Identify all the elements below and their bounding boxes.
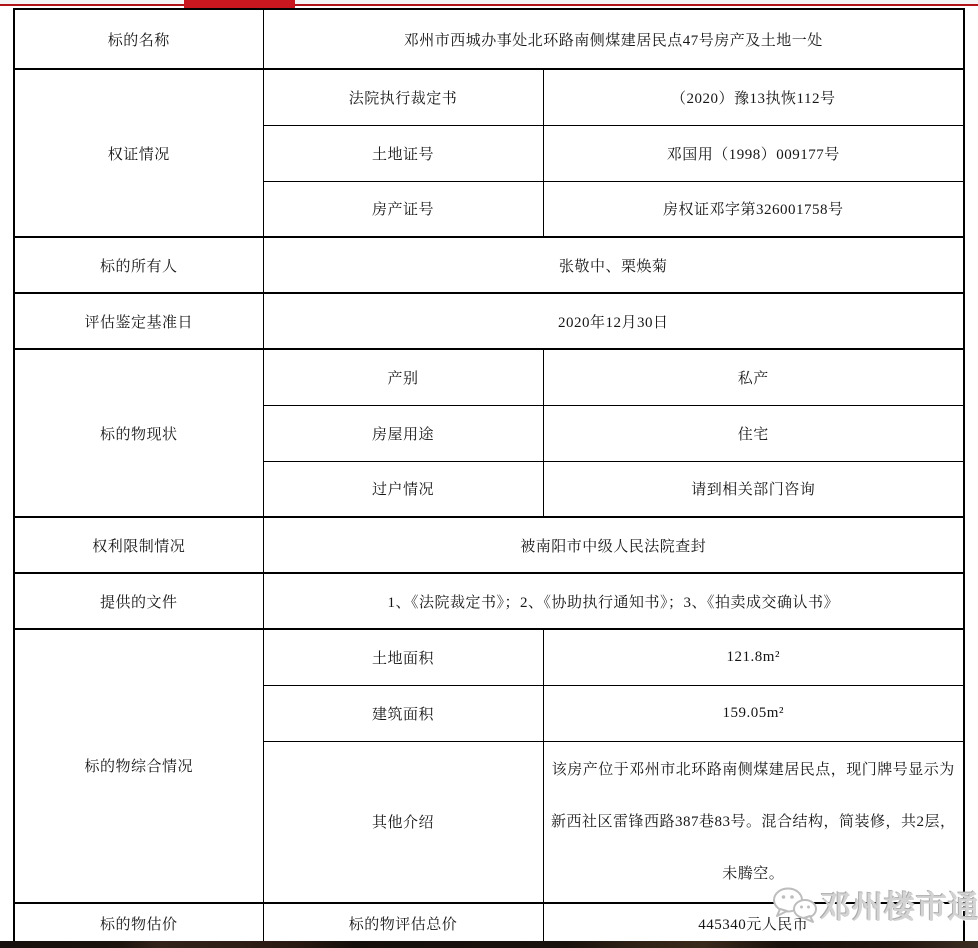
- field-label-certificates: 权证情况: [14, 69, 263, 237]
- field-value-valuation-total: 445340元人民币: [543, 903, 964, 944]
- bottom-bar: [0, 941, 978, 948]
- table-row-name: 标的名称 邓州市西城办事处北环路南侧煤建居民点47号房产及土地一处: [14, 9, 964, 69]
- field-label-other-intro: 其他介绍: [263, 741, 543, 903]
- red-accent-line: [0, 4, 978, 6]
- table-row-owner: 标的所有人 张敬中、栗焕菊: [14, 237, 964, 293]
- field-value-transfer: 请到相关部门咨询: [543, 461, 964, 517]
- field-label-restriction: 权利限制情况: [14, 517, 263, 573]
- table-row-base-date: 评估鉴定基准日 2020年12月30日: [14, 293, 964, 349]
- field-label-comprehensive: 标的物综合情况: [14, 629, 263, 903]
- field-label-court-ruling: 法院执行裁定书: [263, 69, 543, 125]
- field-value-house-cert: 房权证邓字第326001758号: [543, 181, 964, 237]
- field-label-valuation: 标的物估价: [14, 903, 263, 944]
- field-value-other-intro: 该房产位于邓州市北环路南侧煤建居民点，现门牌号显示为新西社区雷锋西路387巷83…: [543, 741, 964, 903]
- field-label-transfer: 过户情况: [263, 461, 543, 517]
- field-value-land-area: 121.8m²: [543, 629, 964, 685]
- field-value-property-type: 私产: [543, 349, 964, 405]
- field-value-restriction: 被南阳市中级人民法院查封: [263, 517, 964, 573]
- table-row-restriction: 权利限制情况 被南阳市中级人民法院查封: [14, 517, 964, 573]
- field-value-land-cert: 邓国用（1998）009177号: [543, 125, 964, 181]
- table-row-status-1: 标的物现状 产别 私产: [14, 349, 964, 405]
- field-label-owner: 标的所有人: [14, 237, 263, 293]
- field-value-documents: 1、《法院裁定书》；2、《协助执行通知书》；3、《拍卖成交确认书》: [263, 573, 964, 629]
- field-label-house-usage: 房屋用途: [263, 405, 543, 461]
- field-value-owner: 张敬中、栗焕菊: [263, 237, 964, 293]
- field-value-name: 邓州市西城办事处北环路南侧煤建居民点47号房产及土地一处: [263, 9, 964, 69]
- auction-info-table-wrap: 标的名称 邓州市西城办事处北环路南侧煤建居民点47号房产及土地一处 权证情况 法…: [13, 8, 965, 945]
- field-value-house-usage: 住宅: [543, 405, 964, 461]
- field-label-documents: 提供的文件: [14, 573, 263, 629]
- table-row-comprehensive-1: 标的物综合情况 土地面积 121.8m²: [14, 629, 964, 685]
- field-label-property-type: 产别: [263, 349, 543, 405]
- field-label-land-area: 土地面积: [263, 629, 543, 685]
- field-label-valuation-total: 标的物评估总价: [263, 903, 543, 944]
- field-value-base-date: 2020年12月30日: [263, 293, 964, 349]
- auction-info-table: 标的名称 邓州市西城办事处北环路南侧煤建居民点47号房产及土地一处 权证情况 法…: [13, 8, 965, 945]
- field-label-house-cert: 房产证号: [263, 181, 543, 237]
- field-value-building-area: 159.05m²: [543, 685, 964, 741]
- field-label-status: 标的物现状: [14, 349, 263, 517]
- field-label-land-cert: 土地证号: [263, 125, 543, 181]
- table-row-certificates-1: 权证情况 法院执行裁定书 （2020）豫13执恢112号: [14, 69, 964, 125]
- table-row-valuation: 标的物估价 标的物评估总价 445340元人民币: [14, 903, 964, 944]
- field-value-court-ruling: （2020）豫13执恢112号: [543, 69, 964, 125]
- field-label-building-area: 建筑面积: [263, 685, 543, 741]
- field-label-base-date: 评估鉴定基准日: [14, 293, 263, 349]
- table-row-documents: 提供的文件 1、《法院裁定书》；2、《协助执行通知书》；3、《拍卖成交确认书》: [14, 573, 964, 629]
- field-label-name: 标的名称: [14, 9, 263, 69]
